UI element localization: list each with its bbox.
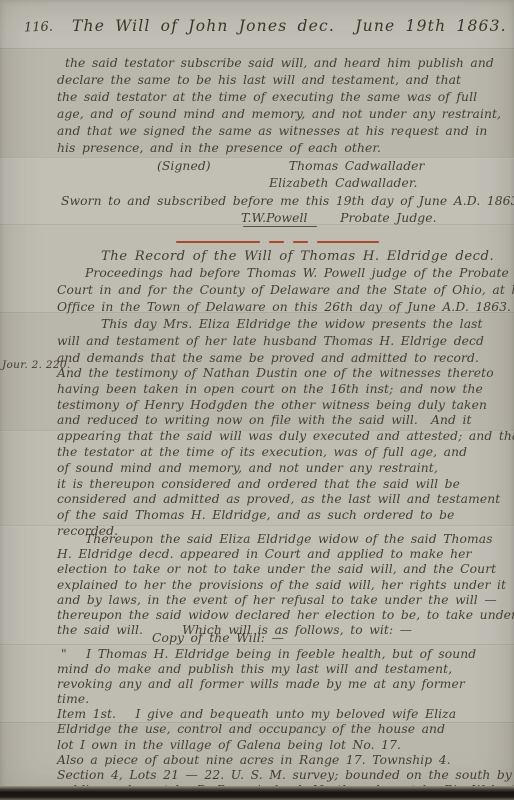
red-divider — [176, 241, 388, 244]
handwritten-line: time. — [57, 692, 506, 707]
page-number: 116. — [24, 19, 53, 35]
handwritten-line: appearing that the said will was duly ex… — [57, 429, 506, 445]
document-title: The Will of John Jones dec. June 19th 18… — [72, 17, 504, 35]
handwritten-line: Thereupon the said Eliza Eldridge widow … — [57, 532, 506, 547]
section-testimony: And the testimony of Nathan Dustin one o… — [57, 366, 506, 540]
handwritten-line: having been taken in open court on the 1… — [57, 382, 506, 398]
red-divider-segment — [269, 241, 284, 243]
photo-seam — [0, 48, 514, 50]
handwritten-line: the said testator at the time of executi… — [57, 90, 506, 107]
handwritten-line: the said testator subscribe said will, a… — [57, 56, 506, 73]
handwritten-line: the testator at the time of its executio… — [57, 445, 506, 461]
section-copy-heading: Copy of the Will: — — [57, 631, 506, 647]
handwritten-line: age, and of sound mind and memory, and n… — [57, 107, 506, 124]
handwritten-line: Office in the Town of Delaware on this 2… — [57, 300, 506, 317]
handwritten-line: Eldridge the use, control and occupancy … — [57, 722, 506, 737]
handwritten-line: will and testament of her late husband T… — [57, 334, 506, 351]
section-record-heading: The Record of the Will of Thomas H. Eldr… — [57, 249, 506, 266]
handwritten-line: The Record of the Will of Thomas H. Eldr… — [57, 249, 506, 266]
handwritten-line: mind do make and publish this my last wi… — [57, 662, 506, 677]
section-proceedings: Proceedings had before Thomas W. Powell … — [57, 266, 506, 317]
handwritten-line: And the testimony of Nathan Dustin one o… — [57, 366, 506, 382]
section-signatures: (Signed) Thomas CadwalladerElizabeth Cad… — [57, 159, 506, 228]
handwritten-line: testimony of Henry Hodgden the other wit… — [57, 398, 506, 414]
section-attestation: the said testator subscribe said will, a… — [57, 56, 506, 158]
book-edge — [0, 786, 514, 800]
handwritten-line: of the said Thomas H. Eldridge, and as s… — [57, 508, 506, 524]
handwritten-line: Section 4, Lots 21 — 22. U. S. M. survey… — [57, 768, 506, 783]
handwritten-line: thereupon the said widow declared her el… — [57, 608, 506, 623]
section-election: Thereupon the said Eliza Eldridge widow … — [57, 532, 506, 638]
ledger-page: 116. The Will of John Jones dec. June 19… — [0, 0, 514, 800]
handwritten-line: " I Thomas H. Eldridge being in feeble h… — [57, 647, 506, 662]
handwritten-line: and by laws, in the event of her refusal… — [57, 593, 506, 608]
handwritten-line: T.W.Powell Probate Judge. — [57, 211, 506, 228]
handwritten-line: declare the same to be his last will and… — [57, 73, 506, 90]
handwritten-line: H. Eldridge decd. appeared in Court and … — [57, 547, 506, 562]
section-will-text: " I Thomas H. Eldridge being in feeble h… — [57, 647, 506, 798]
handwritten-line: and reduced to writing now on file with … — [57, 413, 506, 429]
red-divider-segment — [176, 241, 260, 243]
handwritten-line: Copy of the Will: — — [57, 631, 506, 647]
red-divider-segment — [293, 241, 308, 243]
handwritten-line: explained to her the provisions of the s… — [57, 578, 506, 593]
red-divider-segment — [317, 241, 379, 243]
handwritten-line: Also a piece of about nine acres in Rang… — [57, 753, 506, 768]
handwritten-line: Sworn to and subscribed before me this 1… — [57, 194, 506, 211]
handwritten-line: (Signed) Thomas Cadwallader — [57, 159, 506, 176]
handwritten-line: considered and admitted as proved, as th… — [57, 492, 506, 508]
handwritten-line: Court in and for the County of Delaware … — [57, 283, 506, 300]
handwritten-line: Elizabeth Cadwallader. — [57, 176, 506, 193]
handwritten-line: and that we signed the same as witnesses… — [57, 124, 506, 141]
handwritten-line: Proceedings had before Thomas W. Powell … — [57, 266, 506, 283]
handwritten-line: it is thereupon considered and ordered t… — [57, 477, 506, 493]
handwritten-line: election to take or not to take under th… — [57, 562, 506, 577]
handwritten-line: of sound mind and memory, and not under … — [57, 461, 506, 477]
handwritten-line: his presence, and in the presence of eac… — [57, 141, 506, 158]
handwritten-line: This day Mrs. Eliza Eldridge the widow p… — [57, 317, 506, 334]
section-presentation: This day Mrs. Eliza Eldridge the widow p… — [57, 317, 506, 368]
handwritten-line: Item 1st. I give and bequeath unto my be… — [57, 707, 506, 722]
handwritten-line: revoking any and all former wills made b… — [57, 677, 506, 692]
handwritten-line: lot I own in the village of Galena being… — [57, 738, 506, 753]
